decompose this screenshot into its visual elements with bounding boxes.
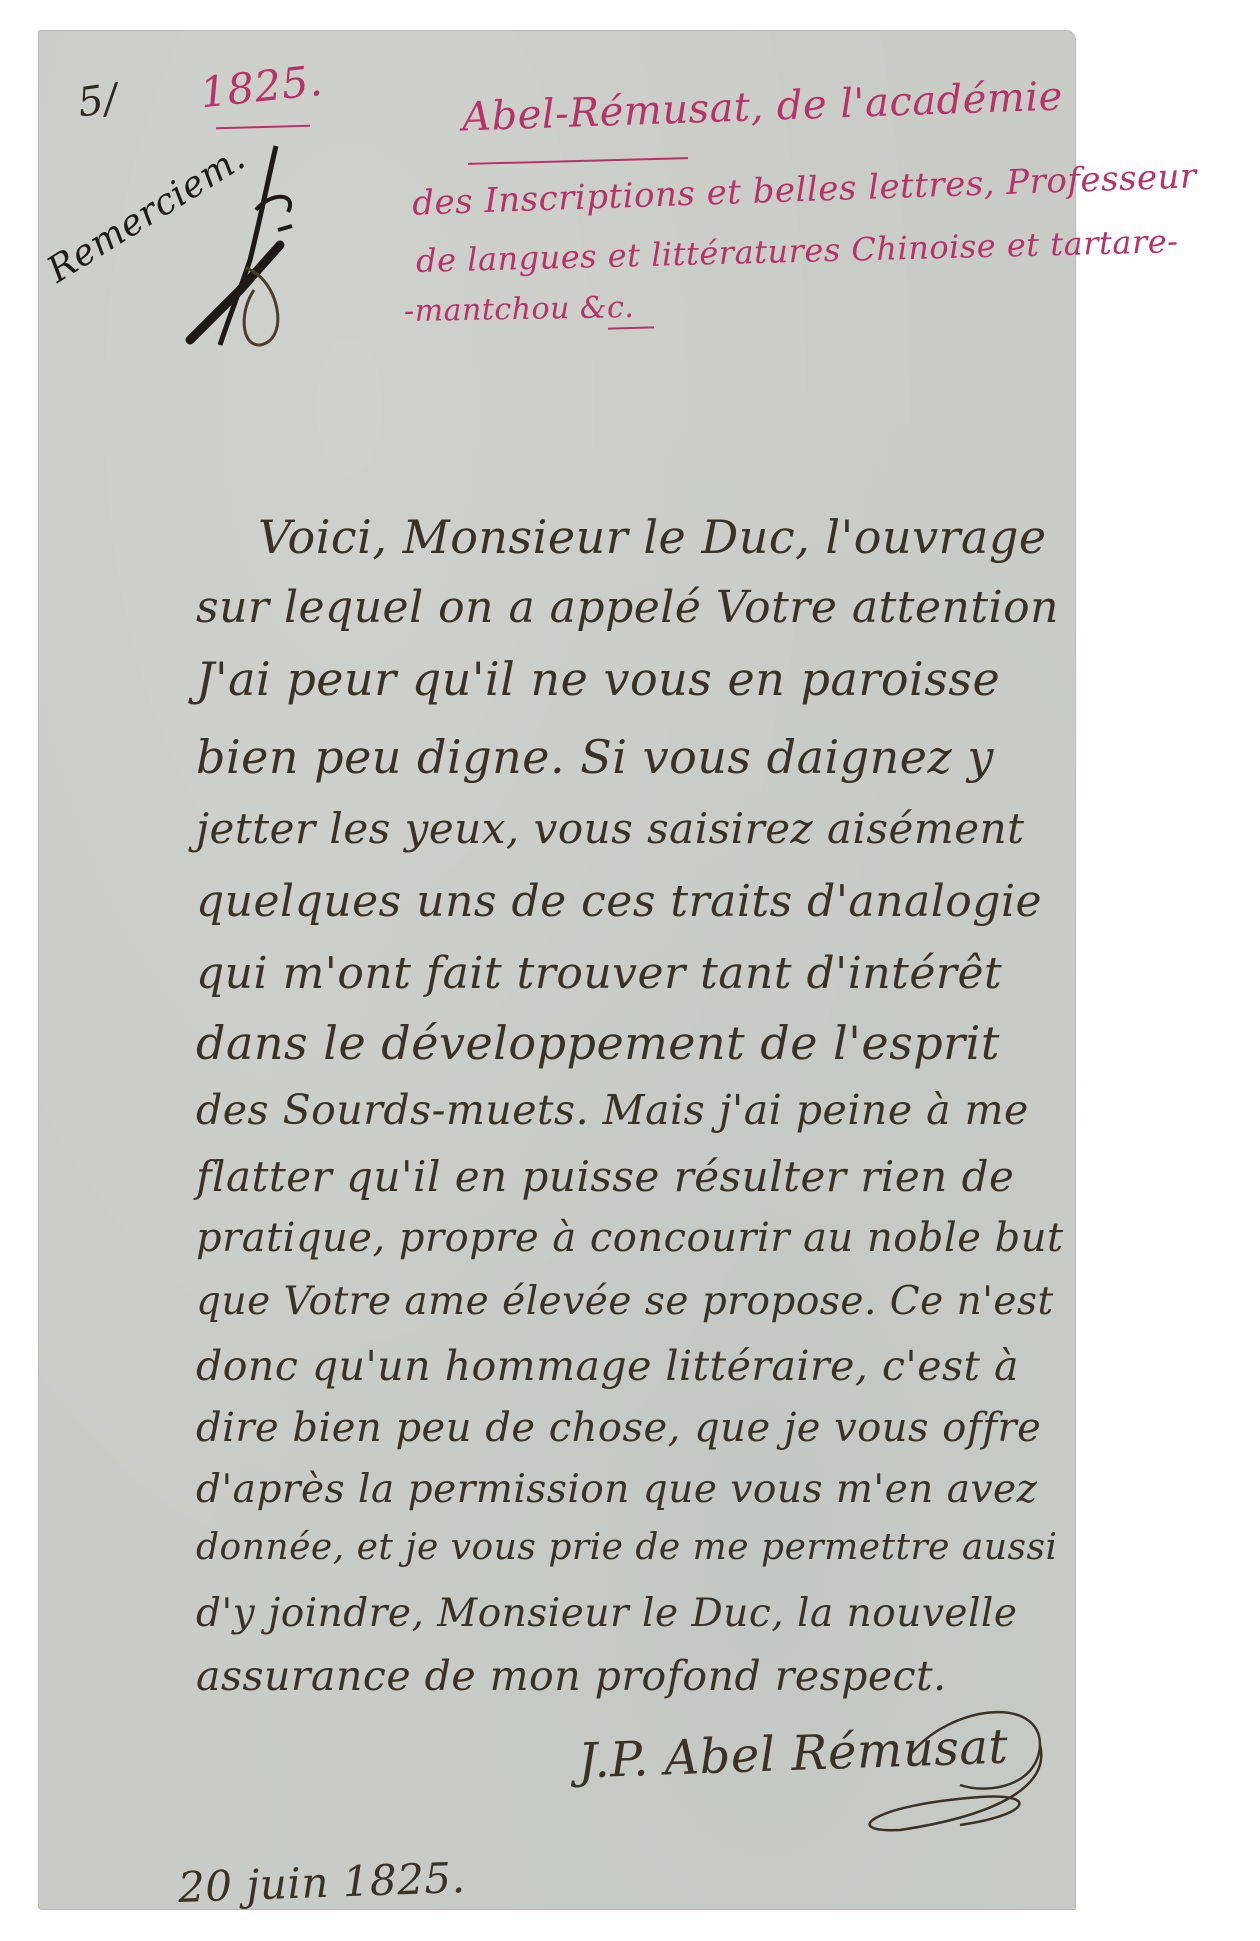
body-line: jetter les yeux, vous saisirez aisément	[196, 808, 1025, 850]
flourish-mark-icon	[170, 140, 300, 350]
body-line: qui m'ont fait trouver tant d'intérêt	[196, 952, 1002, 996]
margin-number: 5/	[75, 75, 121, 126]
body-line: des Sourds-muets. Mais j'ai peine à me	[196, 1090, 1029, 1131]
body-line: dans le développement de l'esprit	[196, 1020, 1000, 1066]
body-line: quelques uns de ces traits d'analogie	[196, 880, 1042, 924]
body-line: pratique, propre à concourir au noble bu…	[196, 1218, 1064, 1258]
body-line: bien peu digne. Si vous daignez y	[196, 734, 994, 780]
body-line: flatter qu'il en puisse résulter rien de	[196, 1156, 1014, 1198]
body-line: d'y joindre, Monsieur le Duc, la nouvell…	[196, 1594, 1017, 1633]
body-line: que Votre ame élevée se propose. Ce n'es…	[196, 1282, 1054, 1321]
body-line: d'après la permission que vous m'en avez	[196, 1470, 1038, 1509]
body-line: sur lequel on a appelé Votre attention	[196, 586, 1059, 630]
body-line: assurance de mon profond respect.	[196, 1656, 947, 1697]
signature-flourish-icon	[840, 1665, 1100, 1835]
body-line: donnée, et je vous prie de me permettre …	[196, 1530, 1058, 1566]
body-line: donc qu'un hommage littéraire, c'est à	[196, 1346, 1019, 1387]
body-line: dire bien peu de chose, que je vous offr…	[196, 1408, 1041, 1448]
letter-date: 20 juin 1825.	[177, 1853, 466, 1912]
annotation-line-4: -mantchou &c.	[404, 290, 635, 329]
body-line: J'ai peur qu'il ne vous en paroisse	[196, 656, 1000, 702]
body-line: Voici, Monsieur le Duc, l'ouvrage	[258, 514, 1047, 560]
